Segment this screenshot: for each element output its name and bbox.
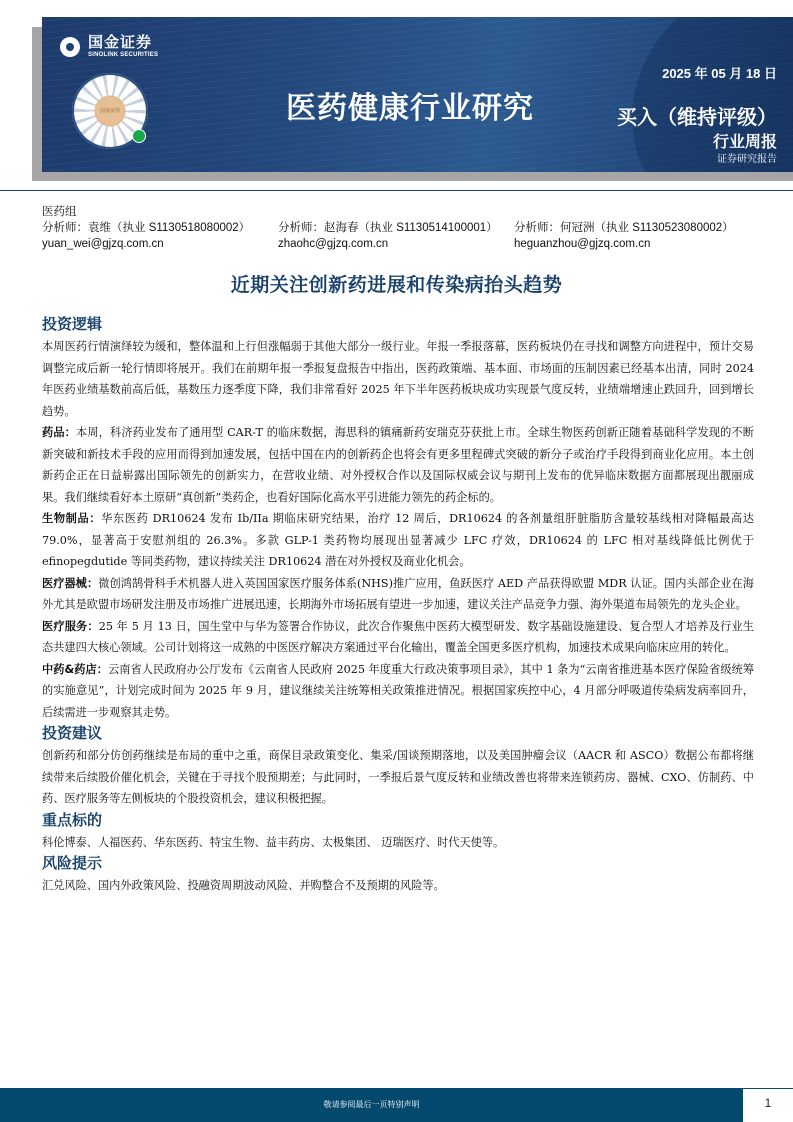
section-heading-logic: 投资逻辑	[42, 314, 754, 336]
logo-name-cn: 国金证券	[88, 35, 158, 50]
report-date: 2025 年 05 月 18 日	[662, 63, 777, 82]
item-label: 中药&药店：	[42, 663, 108, 676]
logo-name-en: SINOLINK SECURITIES	[88, 52, 158, 58]
qr-center-label: 国金证券	[96, 97, 124, 125]
author-email[interactable]: zhaohc@gjzq.com.cn	[278, 236, 514, 252]
author-email[interactable]: heguanzhou@gjzq.com.cn	[514, 236, 750, 252]
author-entry: 分析师：袁维（执业 S1130518080002） yuan_wei@gjzq.…	[42, 220, 278, 252]
page-number: 1	[743, 1096, 793, 1110]
author-label: 分析师：赵海春（执业 S1130514100001）	[278, 220, 514, 236]
author-label: 分析师：袁维（执业 S1130518080002）	[42, 220, 278, 236]
item-label: 医疗服务：	[42, 620, 99, 633]
logic-item-tcm-pharmacy: 中药&药店：云南省人民政府办公厅发布《云南省人民政府 2025 年度重大行政决策…	[42, 659, 754, 724]
industry-title: 医药健康行业研究	[286, 83, 534, 127]
qr-code-icon: 国金证券	[72, 73, 148, 149]
targets-text: 科伦博泰、人福医药、华东医药、特宝生物、益丰药房、太极集团、 迈瑞医疗、时代天使…	[42, 832, 754, 854]
item-text: 云南省人民政府办公厅发布《云南省人民政府 2025 年度重大行政决策事项目录》，…	[42, 663, 754, 719]
advice-text: 创新药和部分仿创药继续是布局的重中之重，商保目录政策变化、集采/国谈预期落地，以…	[42, 745, 754, 810]
research-group: 医药组	[42, 204, 750, 220]
author-block: 医药组 分析师：袁维（执业 S1130518080002） yuan_wei@g…	[42, 204, 750, 252]
header-banner: 国金证券 SINOLINK SECURITIES 国金证券 医药健康行业研究 2…	[42, 17, 793, 172]
mini-program-icon	[132, 129, 146, 143]
logo-mark-icon	[60, 37, 80, 57]
report-title: 近期关注创新药进展和传染病抬头趋势	[0, 270, 793, 297]
logic-item-drugs: 药品：本周，科济药业发布了通用型 CAR-T 的临床数据，海思科的镇痛新药安瑞克…	[42, 422, 754, 508]
risks-text: 汇兑风险、国内外政策风险、投融资周期波动风险、并购整合不及预期的风险等。	[42, 875, 754, 897]
item-text: 25 年 5 月 13 日，国生堂中与华为签署合作协议，此次合作聚焦中医药大模型…	[42, 620, 754, 655]
author-email[interactable]: yuan_wei@gjzq.com.cn	[42, 236, 278, 252]
item-text: 本周，科济药业发布了通用型 CAR-T 的临床数据，海思科的镇痛新药安瑞克芬获批…	[42, 426, 754, 504]
logic-intro: 本周医药行情演绎较为缓和，整体温和上行但涨幅弱于其他大部分一级行业。年报一季报落…	[42, 336, 754, 422]
report-subtype: 证券研究报告	[717, 150, 777, 165]
item-label: 生物制品：	[42, 512, 101, 525]
author-entry: 分析师：赵海春（执业 S1130514100001） zhaohc@gjzq.c…	[278, 220, 514, 252]
logic-item-biologics: 生物制品：华东医药 DR10624 发布 Ib/IIa 期临床研究结果，治疗 1…	[42, 508, 754, 573]
footer-rule	[743, 1088, 793, 1089]
item-text: 华东医药 DR10624 发布 Ib/IIa 期临床研究结果，治疗 12 周后，…	[42, 512, 754, 568]
header-divider	[0, 190, 793, 191]
rating: 买入（维持评级）	[617, 101, 777, 130]
section-heading-risks: 风险提示	[42, 853, 754, 875]
footer-disclaimer: 敬请参阅最后一页特别声明	[0, 1088, 743, 1122]
report-type: 行业周报	[713, 129, 777, 152]
company-logo: 国金证券 SINOLINK SECURITIES	[60, 35, 158, 58]
logic-item-devices: 医疗器械：微创鸿鹄骨科手术机器人进入英国国家医疗服务体系(NHS)推广应用，鱼跃…	[42, 573, 754, 616]
section-heading-targets: 重点标的	[42, 810, 754, 832]
report-body: 投资逻辑 本周医药行情演绎较为缓和，整体温和上行但涨幅弱于其他大部分一级行业。年…	[42, 314, 754, 897]
item-label: 药品：	[42, 426, 76, 439]
item-label: 医疗器械：	[42, 577, 98, 590]
author-label: 分析师：何冠洲（执业 S1130523080002）	[514, 220, 750, 236]
item-text: 微创鸿鹄骨科手术机器人进入英国国家医疗服务体系(NHS)推广应用，鱼跃医疗 AE…	[42, 577, 754, 612]
section-heading-advice: 投资建议	[42, 723, 754, 745]
logic-item-services: 医疗服务：25 年 5 月 13 日，国生堂中与华为签署合作协议，此次合作聚焦中…	[42, 616, 754, 659]
author-entry: 分析师：何冠洲（执业 S1130523080002） heguanzhou@gj…	[514, 220, 750, 252]
